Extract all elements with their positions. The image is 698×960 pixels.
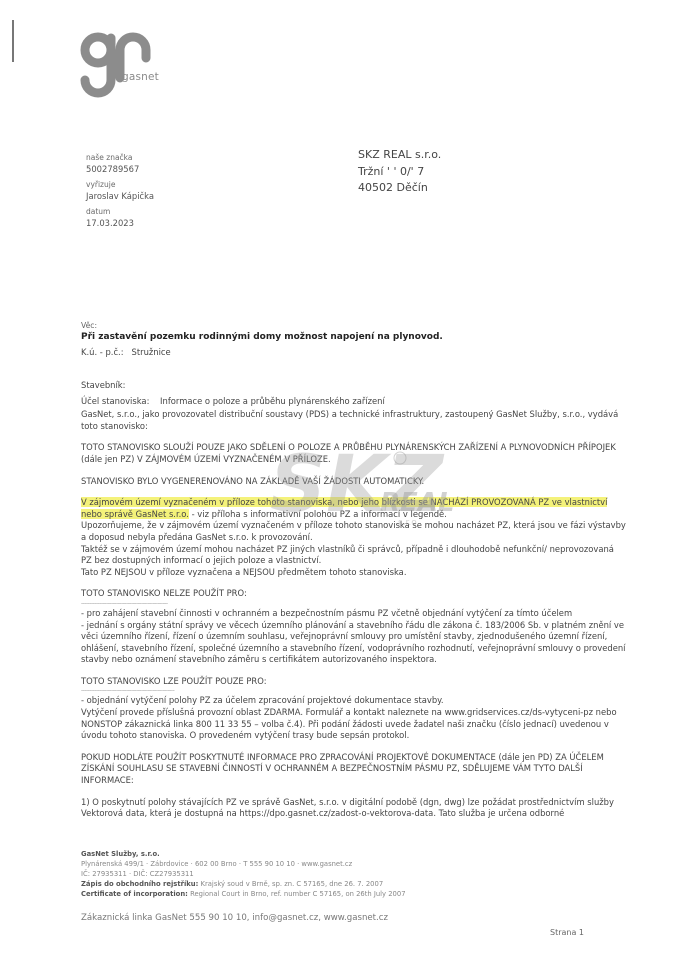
ref-value: 5002789567 [86,164,154,176]
handler-value: Jaroslav Kápička [86,191,154,203]
highlighted-tail: - viz příloha s informativní polohou PZ … [189,509,447,519]
recipient-name: SKZ REAL s.r.o. [358,147,441,164]
page-number: Strana 1 [550,928,584,937]
cadastre-label: K.ú. - p.č.: [81,347,124,357]
notice-1: TOTO STANOVISKO SLOUŽÍ POUZE JAKO SDĚLEN… [81,442,626,465]
footer-block: GasNet Služby, s.r.o. Plynárenská 499/1 … [81,849,406,899]
footer-address: Plynárenská 499/1 · Zábrdovice · 602 00 … [81,859,406,869]
recipient-city: 40502 Děčín [358,180,441,197]
purpose-value: Informace o poloze a průběhu plynárenské… [160,396,385,406]
can-use-item: Vytýčení provede příslušná provozní obla… [81,707,626,742]
footer-cert-label: Certificate of incorporation: [81,890,188,898]
footer-registry-value: Krajský soud v Brně, sp. zn. C 57165, dn… [198,880,383,888]
date-label: datum [86,206,154,218]
footer-contact: Zákaznická linka GasNet 555 90 10 10, in… [81,913,388,923]
footer-company: GasNet Služby, s.r.o. [81,849,406,859]
warning-1: Upozorňujeme, že v zájmovém území vyznač… [81,520,626,543]
gasnet-logo-icon [80,28,160,98]
divider: ----------------------------------------… [81,600,626,608]
footer-registry-label: Zápis do obchodního rejstříku: [81,880,198,888]
logo-wordmark: gasnet [122,71,159,83]
ref-label: naše značka [86,152,154,164]
warning-3: Tato PZ NEJSOU v příloze vyznačena a NEJ… [81,567,626,579]
subject-title: Při zastavění pozemku rodinnými domy mož… [81,332,626,344]
reference-block: naše značka 5002789567 vyřizuje Jaroslav… [86,152,154,233]
cadastre-value: Stružnice [132,347,171,357]
recipient-address: SKZ REAL s.r.o. Tržní ' ' 0/' 7 40502 Dě… [358,147,441,197]
recipient-street: Tržní ' ' 0/' 7 [358,164,441,181]
can-use-heading: TOTO STANOVISKO LZE POUŽÍT POUZE PRO: [81,676,626,688]
footer-ids: IČ: 27935311 · DIČ: CZ27935311 [81,869,406,879]
subject-block: Věc: Při zastavění pozemku rodinnými dom… [81,320,626,359]
intro-text: GasNet, s.r.o., jako provozovatel distri… [81,409,626,432]
handler-label: vyřizuje [86,179,154,191]
point-1: 1) O poskytnutí polohy stávajících PZ ve… [81,797,626,820]
cannot-use-item: - pro zahájení stavební činnosti v ochra… [81,608,626,620]
builder-label: Stavebník: [81,380,626,392]
cannot-use-item: - jednání s orgány státní správy ve věce… [81,620,626,666]
footer-cert-value: Regional Court in Brno, ref. number C 57… [188,890,406,898]
scan-artifact [12,20,14,62]
subject-label: Věc: [81,320,626,332]
divider: ----------------------------------------… [81,687,626,695]
body-block-1: Stavebník: Účel stanoviska: Informace o … [81,380,626,820]
notice-2: STANOVISKO BYLO VYGENERENOVÁNO NA ZÁKLAD… [81,476,626,488]
date-value: 17.03.2023 [86,218,154,230]
warning-2: Taktéž se v zájmovém území mohou nacháze… [81,544,626,567]
pd-notice: POKUD HODLÁTE POUŽÍT POSKYTNUTÉ INFORMAC… [81,752,626,787]
can-use-item: - objednání vytýčení polohy PZ za účelem… [81,695,626,707]
cannot-use-heading: TOTO STANOVISKO NELZE POUŽÍT PRO: [81,588,626,600]
purpose-label: Účel stanoviska: [81,396,149,406]
